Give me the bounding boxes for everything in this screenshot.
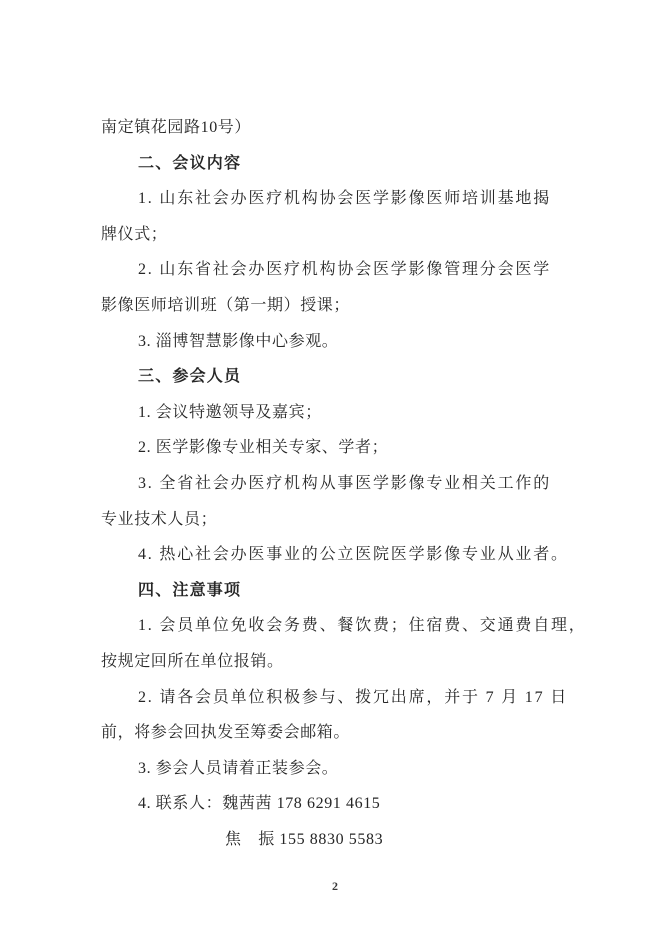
line-participants-item-4: 4. 热心社会办医事业的公立医院医学影像专业从业者。 — [101, 537, 553, 573]
line-content-item-1-cont: 牌仪式； — [101, 217, 553, 253]
document-page: 南定镇花园路10号） 二、会议内容 1. 山东社会办医疗机构协会医学影像医师培训… — [0, 0, 670, 947]
line-address-continuation: 南定镇花园路10号） — [101, 110, 553, 146]
line-participants-item-2: 2. 医学影像专业相关专家、学者； — [101, 430, 553, 466]
line-notes-item-1: 1. 会员单位免收会务费、餐饮费；住宿费、交通费自理， — [101, 608, 553, 644]
heading-participants: 三、参会人员 — [101, 359, 553, 395]
line-participants-item-1: 1. 会议特邀领导及嘉宾； — [101, 395, 553, 431]
line-content-item-2: 2. 山东省社会办医疗机构协会医学影像管理分会医学 — [101, 252, 553, 288]
line-notes-item-2: 2. 请各会员单位积极参与、拨冗出席，并于 7 月 17 日 — [101, 680, 553, 716]
document-body: 南定镇花园路10号） 二、会议内容 1. 山东社会办医疗机构协会医学影像医师培训… — [101, 110, 553, 857]
page-number: 2 — [0, 879, 670, 894]
line-content-item-1: 1. 山东社会办医疗机构协会医学影像医师培训基地揭 — [101, 181, 553, 217]
line-participants-item-3-cont: 专业技术人员； — [101, 502, 553, 538]
line-contact-2: 焦 振 155 8830 5583 — [101, 822, 553, 858]
line-participants-item-3: 3. 全省社会办医疗机构从事医学影像专业相关工作的 — [101, 466, 553, 502]
line-content-item-2-cont: 影像医师培训班（第一期）授课； — [101, 288, 553, 324]
line-notes-item-2-cont: 前，将参会回执发至筹委会邮箱。 — [101, 715, 553, 751]
heading-notes: 四、注意事项 — [101, 573, 553, 609]
heading-meeting-content: 二、会议内容 — [101, 146, 553, 182]
line-notes-item-3: 3. 参会人员请着正装参会。 — [101, 751, 553, 787]
line-contact-1: 4. 联系人：魏茜茜 178 6291 4615 — [101, 786, 553, 822]
line-notes-item-1-cont: 按规定回所在单位报销。 — [101, 644, 553, 680]
line-content-item-3: 3. 淄博智慧影像中心参观。 — [101, 324, 553, 360]
